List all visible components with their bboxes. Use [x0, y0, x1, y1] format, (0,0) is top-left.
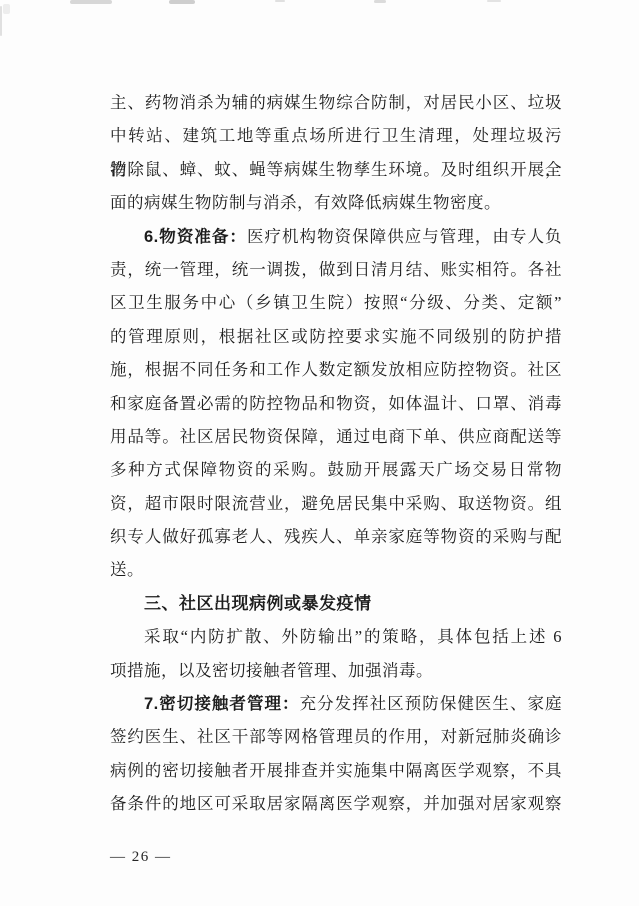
text-line: 备条件的地区可采取居家隔离医学观察，并加强对居家观察 — [110, 787, 562, 820]
text-line: 的管理原则，根据社区或防控要求实施不同级别的防护措 — [110, 320, 562, 353]
text-line: 面的病媒生物防制与消杀，有效降低病媒生物密度。 — [110, 186, 562, 219]
text-line: 主、药物消杀为辅的病媒生物综合防制，对居民小区、垃圾 — [110, 86, 562, 119]
scan-artifact — [374, 0, 386, 3]
text-run: 项措施，以及密切接触者管理、加强消毒。 — [110, 661, 433, 680]
section-heading: 三、社区出现病例或暴发疫情 — [110, 587, 562, 620]
scan-artifact — [169, 0, 195, 4]
text-line: 项措施，以及密切接触者管理、加强消毒。 — [110, 654, 562, 687]
text-line: 签约医生、社区干部等网格管理员的作用，对新冠肺炎确诊 — [110, 720, 562, 753]
text-line: 用品等。社区居民物资保障，通过电商下单、供应商配送等 — [110, 420, 562, 453]
text-run: 多种方式保障物资的采购。鼓励开展露天广场交易日常物 — [110, 460, 562, 479]
bold-label: 三、社区出现病例或暴发疫情 — [144, 594, 372, 613]
scan-artifact — [3, 4, 10, 14]
scan-artifact — [275, 0, 285, 2]
text-run: 签约医生、社区干部等网格管理员的作用，对新冠肺炎确诊 — [110, 727, 562, 746]
bold-label: 7.密切接触者管理： — [144, 695, 300, 713]
page-number: — 26 — — [110, 849, 172, 866]
text-line: 病例的密切接触者开展排查并实施集中隔离医学观察，不具 — [110, 754, 562, 787]
text-line: 送。 — [110, 553, 562, 586]
text-run: 送。 — [110, 560, 144, 579]
text-run: 备条件的地区可采取居家隔离医学观察，并加强对居家观察 — [110, 794, 562, 813]
bold-label: 6.物资准备： — [144, 228, 247, 246]
document-body: 主、药物消杀为辅的病媒生物综合防制，对居民小区、垃圾中转站、建筑工地等重点场所进… — [110, 86, 562, 821]
text-line: 和家庭备置必需的防控物品和物资，如体温计、口罩、消毒 — [110, 387, 562, 420]
text-run: 织专人做好孤寡老人、残疾人、单亲家庭等物资的采购与配 — [110, 527, 562, 546]
text-run: 责，统一管理，统一调拨，做到日清月结、账实相符。各社 — [110, 260, 562, 279]
text-run: 用品等。社区居民物资保障，通过电商下单、供应商配送等 — [110, 427, 562, 446]
text-run: 施，根据不同任务和工作人数定额发放相应防控物资。社区 — [110, 360, 562, 379]
text-line: 多种方式保障物资的采购。鼓励开展露天广场交易日常物 — [110, 453, 562, 486]
text-line: 消除鼠、蟑、蚊、蝇等病媒生物孳生环境。及时组织开展全 — [110, 153, 562, 186]
scan-artifact — [487, 0, 501, 2]
text-run: 主、药物消杀为辅的病媒生物综合防制，对居民小区、垃圾 — [110, 93, 562, 112]
text-line: 采取“内防扩散、外防输出”的策略，具体包括上述 6 — [110, 620, 562, 653]
text-run: 消除鼠、蟑、蚊、蝇等病媒生物孳生环境。及时组织开展全 — [110, 160, 562, 179]
text-line: 织专人做好孤寡老人、残疾人、单亲家庭等物资的采购与配 — [110, 520, 562, 553]
text-run: 充分发挥社区预防保健医生、家庭 — [300, 694, 562, 713]
text-line: 7.密切接触者管理：充分发挥社区预防保健医生、家庭 — [110, 687, 562, 720]
scan-artifact — [0, 6, 2, 36]
scanned-page: { "footer": { "text": "— 26 —" }, "docum… — [0, 0, 639, 906]
text-run: 病例的密切接触者开展排查并实施集中隔离医学观察，不具 — [110, 761, 562, 780]
text-line: 责，统一管理，统一调拨，做到日清月结、账实相符。各社 — [110, 253, 562, 286]
text-line: 资，超市限时限流营业，避免居民集中采购、取送物资。组 — [110, 487, 562, 520]
text-run: 区卫生服务中心（乡镇卫生院）按照“分级、分类、定额” — [110, 293, 562, 312]
text-line: 6.物资准备：医疗机构物资保障供应与管理，由专人负 — [110, 220, 562, 253]
text-run: 医疗机构物资保障供应与管理，由专人负 — [247, 227, 562, 246]
scan-artifact — [70, 0, 112, 4]
text-run: 资，超市限时限流营业，避免居民集中采购、取送物资。组 — [110, 494, 562, 513]
text-line: 区卫生服务中心（乡镇卫生院）按照“分级、分类、定额” — [110, 286, 562, 319]
text-line: 中转站、建筑工地等重点场所进行卫生清理，处理垃圾污物， — [110, 119, 562, 152]
text-run: 和家庭备置必需的防控物品和物资，如体温计、口罩、消毒 — [110, 394, 562, 413]
text-line: 施，根据不同任务和工作人数定额发放相应防控物资。社区 — [110, 353, 562, 386]
text-run: 面的病媒生物防制与消杀，有效降低病媒生物密度。 — [110, 193, 501, 212]
text-run: 采取“内防扩散、外防输出”的策略，具体包括上述 6 — [144, 627, 562, 646]
text-run: 的管理原则，根据社区或防控要求实施不同级别的防护措 — [110, 327, 562, 346]
